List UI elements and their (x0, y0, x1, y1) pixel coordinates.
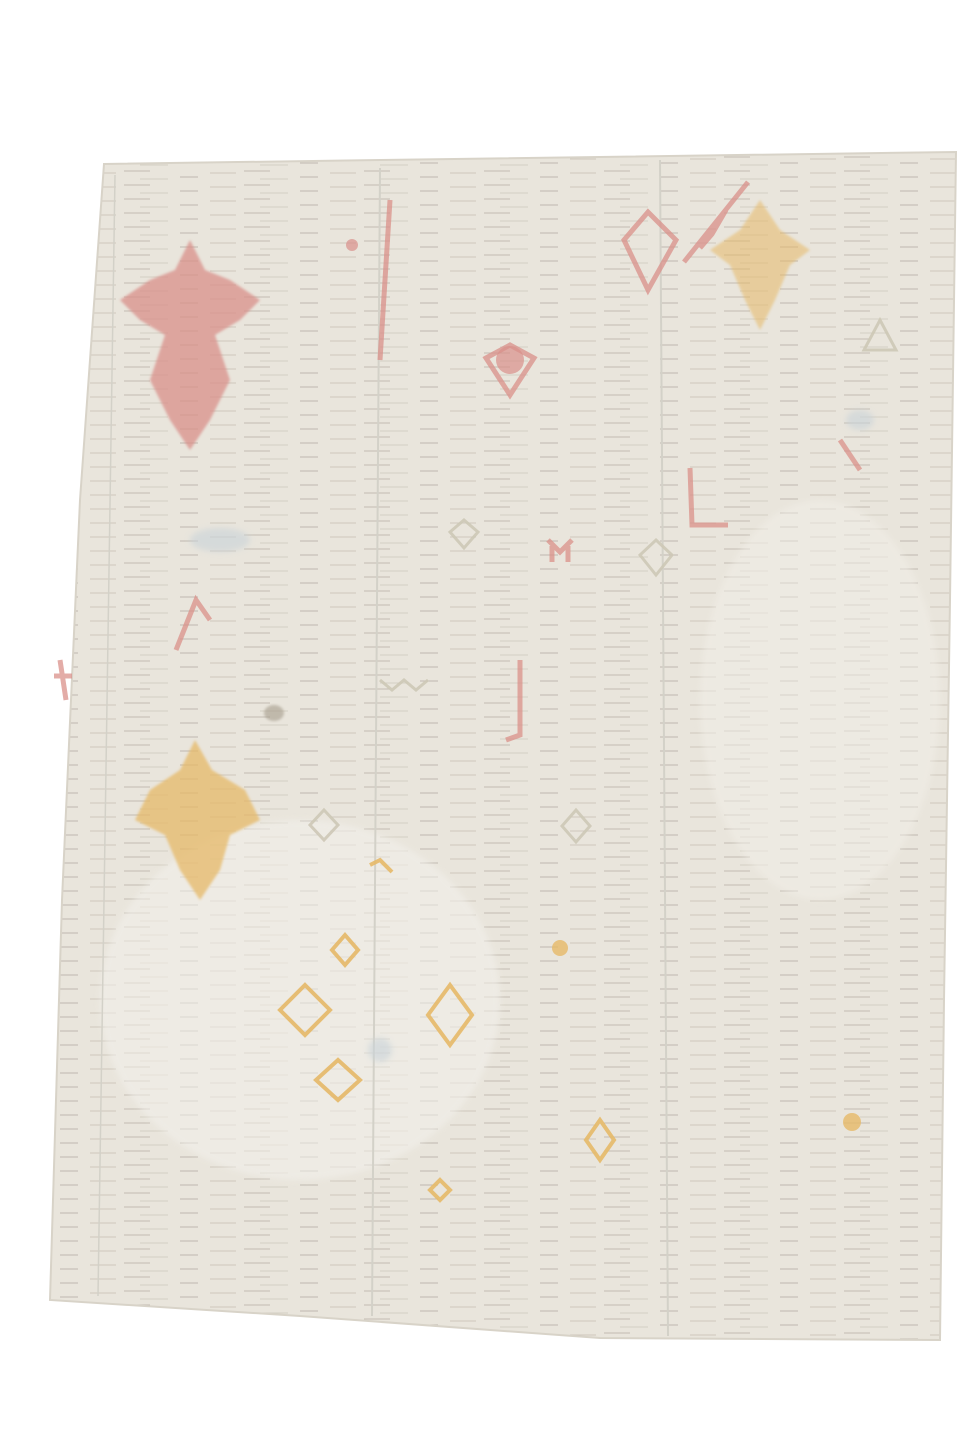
product-photo (0, 0, 960, 1440)
rug-image (0, 0, 960, 1440)
